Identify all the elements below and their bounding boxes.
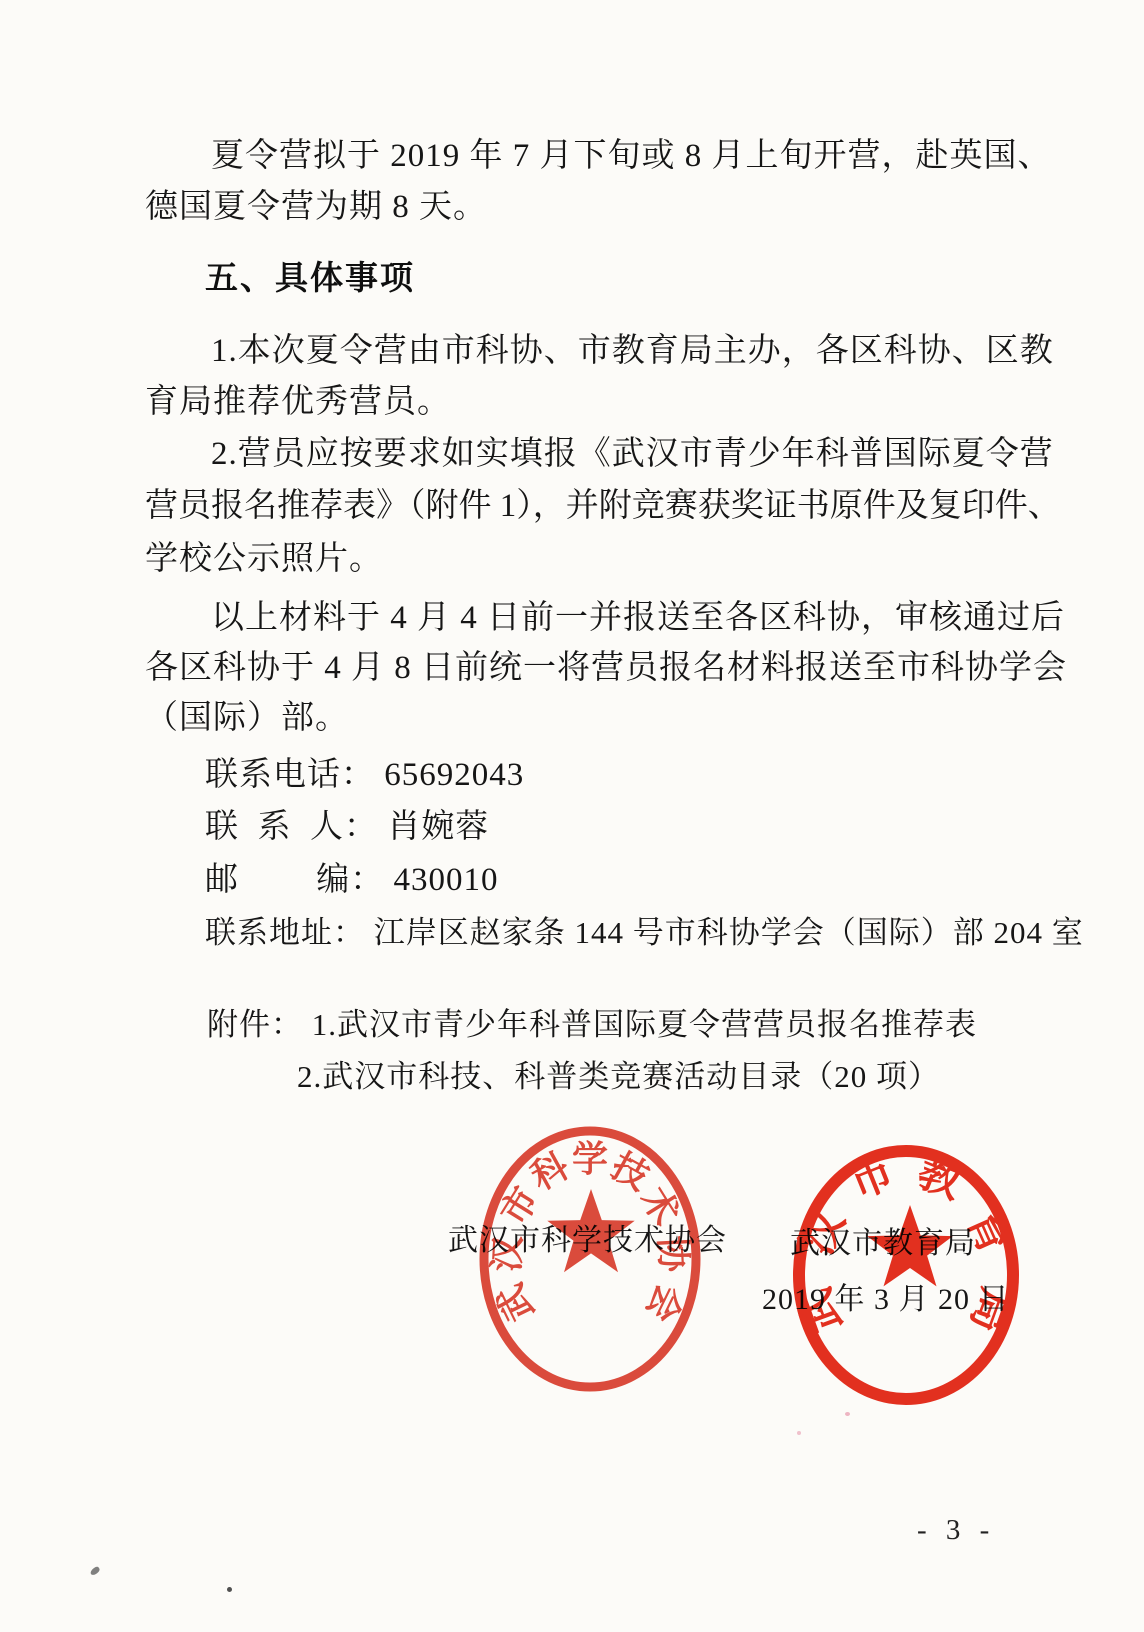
scan-speck	[89, 1566, 101, 1577]
svg-text:汉: 汉	[486, 1234, 528, 1273]
contact-phone: 联系电话： 65692043	[205, 757, 524, 795]
svg-text:协: 协	[652, 1235, 694, 1275]
scanned-document-page: { "content": { "para1_l1": "夏令营拟于 2019 年…	[0, 0, 1144, 1632]
paragraph-opening-line-1: 夏令营拟于 2019 年 7 月下旬或 8 月上旬开营，赴英国、	[211, 138, 1052, 176]
item-1-line-1: 1.本次夏令营由市科协、市教育局主办，各区科协、区教	[211, 333, 1054, 371]
document-body: 夏令营拟于 2019 年 7 月下旬或 8 月上旬开营，赴英国、 德国夏令营为期…	[0, 0, 1144, 1632]
scan-speck	[227, 1587, 232, 1592]
paragraph-opening-line-2: 德国夏令营为期 8 天。	[145, 189, 487, 227]
item-2-line-1: 2.营员应按要求如实填报《武汉市青少年科普国际夏令营	[211, 436, 1054, 474]
section-heading: 五、具体事项	[205, 259, 415, 297]
item-2-line-3: 学校公示照片。	[145, 541, 383, 579]
page-number: - 3 -	[917, 1514, 995, 1547]
contact-address: 联系地址： 江岸区赵家条 144 号市科协学会（国际）部 204 室	[205, 915, 1084, 951]
svg-text:学: 学	[572, 1139, 608, 1179]
item-1-line-2: 育局推荐优秀营员。	[145, 384, 451, 422]
materials-line-1: 以上材料于 4 月 4 日前一并报送至各区科协，审核通过后	[211, 600, 1065, 638]
contact-zip: 邮 编： 430010	[205, 862, 499, 900]
contact-person: 联 系 人： 肖婉蓉	[205, 809, 489, 847]
attachment-line-2: 2.武汉市科技、科普类竞赛活动目录（20 项）	[297, 1059, 940, 1095]
materials-line-3: （国际）部。	[145, 700, 349, 738]
item-2-line-2: 营员报名推荐表》（附件 1），并附竞赛获奖证书原件及复印件、	[145, 488, 1061, 526]
scan-speck	[797, 1431, 801, 1435]
wuhan-science-association-seal: 武汉市科学技术协会	[472, 1119, 708, 1399]
scan-speck	[845, 1412, 850, 1416]
attachment-line-1: 附件： 1.武汉市青少年科普国际夏令营营员报名推荐表	[207, 1007, 977, 1043]
wuhan-education-bureau-seal: 武汉市教育局	[787, 1142, 1025, 1410]
materials-line-2: 各区科协于 4 月 8 日前统一将营员报名材料报送至市科协学会	[145, 650, 1067, 688]
